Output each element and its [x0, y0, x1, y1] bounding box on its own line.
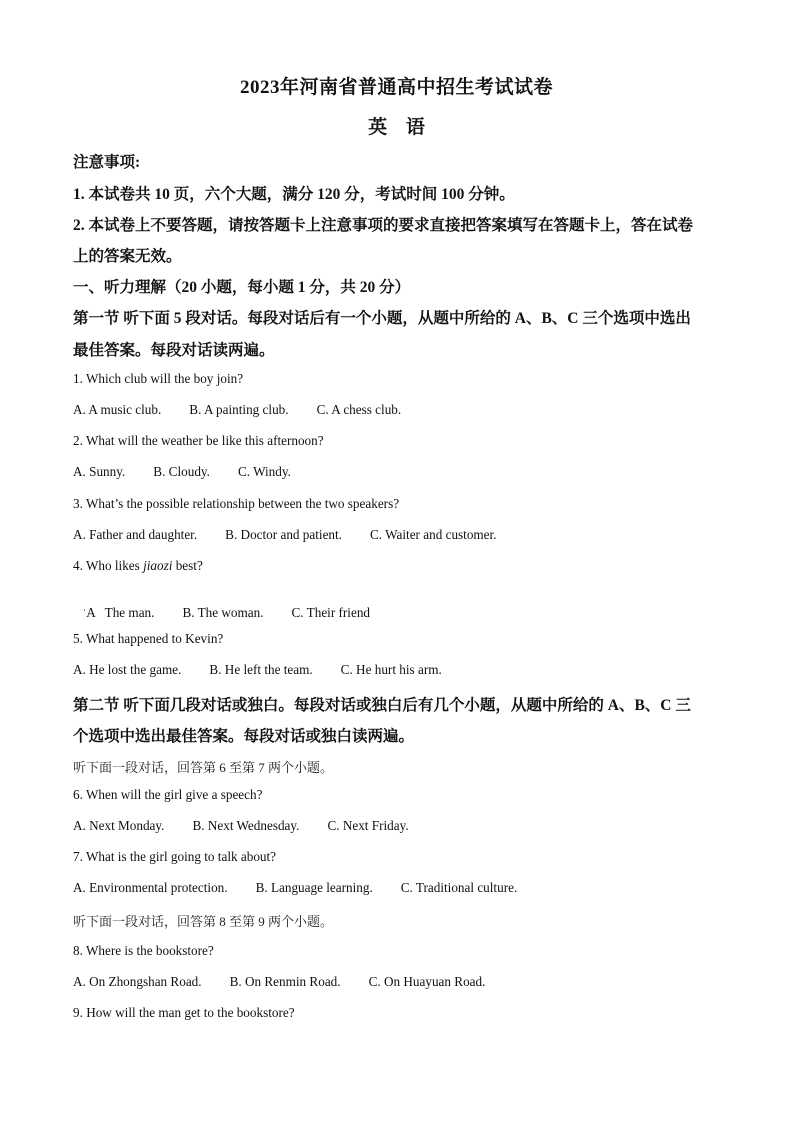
- option-c: C. A chess club.: [317, 402, 402, 418]
- question-8-options: A. On Zhongshan Road.B. On Renmin Road.C…: [73, 974, 485, 990]
- option-b: B. The woman.: [182, 605, 263, 621]
- question-4-italic-term: jiaozi: [143, 558, 172, 573]
- notice-item-1: 1. 本试卷共 10 页，六个大题，满分 120 分，考试时间 100 分钟。: [73, 182, 515, 204]
- option-a: A. He lost the game.: [73, 662, 181, 678]
- part1-instruction: 第一节 听下面 5 段对话。每段对话后有一个小题，从题中所给的 A、B、C 三个…: [73, 306, 691, 328]
- option-a: A The man.: [86, 605, 154, 621]
- dialogue-note-8-9: 听下面一段对话，回答第 8 至第 9 两个小题。: [73, 911, 333, 930]
- option-b: B. A painting club.: [189, 402, 288, 418]
- question-7-options: A. Environmental protection.B. Language …: [73, 880, 517, 896]
- notice-item-2: 2. 本试卷上不要答题，请按答题卡上注意事项的要求直接把答案填写在答题卡上，答在…: [73, 213, 693, 235]
- question-1-options: A. A music club.B. A painting club.C. A …: [73, 402, 401, 418]
- question-3-options: A. Father and daughter.B. Doctor and pat…: [73, 527, 497, 543]
- option-a: A. Sunny.: [73, 464, 125, 480]
- part2-instruction: 第二节 听下面几段对话或独白。每段对话或独白后有几个小题，从题中所给的 A、B、…: [73, 693, 691, 715]
- option-c: C. He hurt his arm.: [341, 662, 442, 678]
- notice-heading: 注意事项:: [73, 150, 140, 172]
- option-c: C. On Huayuan Road.: [369, 974, 486, 990]
- option-a: A. Next Monday.: [73, 818, 164, 834]
- option-a: A. Environmental protection.: [73, 880, 228, 896]
- question-2: 2. What will the weather be like this af…: [73, 433, 324, 449]
- dialogue-note-6-7: 听下面一段对话，回答第 6 至第 7 两个小题。: [73, 757, 333, 776]
- subject-title: 英 语: [0, 112, 793, 139]
- question-4-text-before: 4. Who likes: [73, 558, 143, 573]
- option-b: B. Language learning.: [256, 880, 373, 896]
- question-4: 4. Who likes jiaozi best?: [73, 558, 203, 574]
- question-7: 7. What is the girl going to talk about?: [73, 849, 276, 865]
- option-b: B. On Renmin Road.: [230, 974, 341, 990]
- option-a: A. Father and daughter.: [73, 527, 197, 543]
- section-heading-listening: 一、听力理解（20 小题，每小题 1 分，共 20 分）: [73, 275, 410, 297]
- notice-item-2-cont: 上的答案无效。: [73, 244, 182, 266]
- question-8: 8. Where is the bookstore?: [73, 943, 214, 959]
- option-c: C. Waiter and customer.: [370, 527, 497, 543]
- option-b: B. He left the team.: [209, 662, 312, 678]
- question-1: 1. Which club will the boy join?: [73, 371, 243, 387]
- option-c: C. Windy.: [238, 464, 291, 480]
- option-b: B. Doctor and patient.: [225, 527, 342, 543]
- option-c: C. Traditional culture.: [401, 880, 518, 896]
- question-2-options: A. Sunny.B. Cloudy.C. Windy.: [73, 464, 291, 480]
- part2-instruction-cont: 个选项中选出最佳答案。每段对话或独白读两遍。: [73, 724, 414, 746]
- option-c: C. Their friend: [292, 605, 371, 621]
- option-a: A. A music club.: [73, 402, 161, 418]
- question-6: 6. When will the girl give a speech?: [73, 787, 262, 803]
- option-b: B. Next Wednesday.: [192, 818, 299, 834]
- exam-title: 2023年河南省普通高中招生考试试卷: [0, 72, 793, 99]
- option-b: B. Cloudy.: [153, 464, 210, 480]
- part1-instruction-cont: 最佳答案。每段对话读两遍。: [73, 338, 275, 360]
- question-9: 9. How will the man get to the bookstore…: [73, 1005, 295, 1021]
- question-5: 5. What happened to Kevin?: [73, 631, 223, 647]
- question-4-text-after: best?: [172, 558, 202, 573]
- stray-mark: [84, 609, 85, 611]
- question-3: 3. What’s the possible relationship betw…: [73, 496, 399, 512]
- question-4-options: A The man.B. The woman.C. Their friend: [73, 589, 370, 637]
- option-a: A. On Zhongshan Road.: [73, 974, 202, 990]
- option-c: C. Next Friday.: [327, 818, 408, 834]
- question-5-options: A. He lost the game.B. He left the team.…: [73, 662, 442, 678]
- question-6-options: A. Next Monday.B. Next Wednesday.C. Next…: [73, 818, 409, 834]
- exam-page: 2023年河南省普通高中招生考试试卷 英 语 注意事项: 1. 本试卷共 10 …: [0, 0, 793, 1122]
